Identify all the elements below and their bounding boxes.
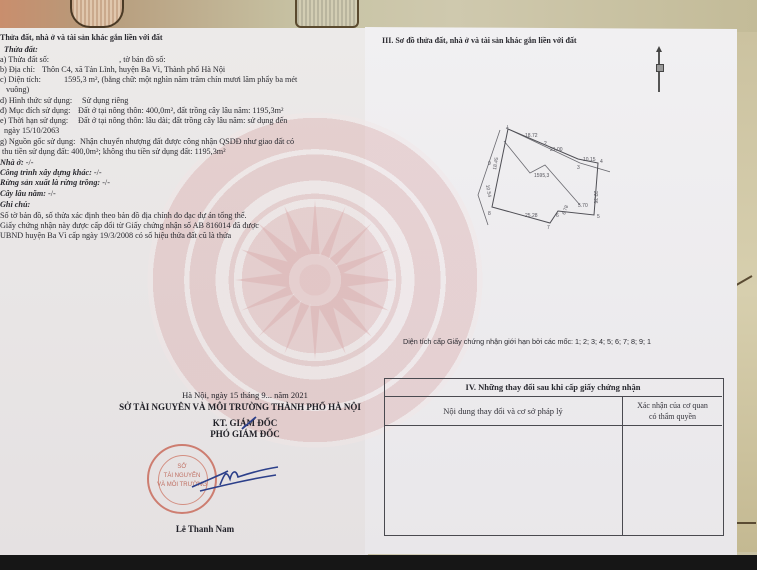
edge-label: 18.72: [525, 133, 538, 139]
area-continuation: vuông): [6, 85, 29, 95]
area-row: c) Diện tích: 1595,3 m², (bằng chữ: một …: [0, 75, 297, 85]
column-header-authority-confirmation: Xác nhận của cơ quan có thẩm quyền: [622, 397, 722, 425]
usage-form-label: d) Hình thức sử dụng:: [0, 96, 80, 106]
vertex-label: 7: [547, 225, 550, 230]
land-parcel-heading: Thửa đất:: [4, 45, 38, 55]
background-object: [295, 0, 359, 28]
vertex-label: 2: [544, 141, 547, 147]
vertex-label: 6: [556, 213, 559, 219]
vertex-label: 1: [506, 125, 509, 130]
plot-diagram: 18.72 21.00 10.15 22.36 5.70 6.78 25.28 …: [470, 125, 610, 230]
origin-row: g) Nguồn gốc sử dụng: Nhận chuyển nhượng…: [0, 137, 294, 147]
parcel-number-row: a) Thửa đất số: , tờ bản đồ số:: [0, 55, 166, 65]
asset-forest-row: Rừng sản xuất là rừng trồng: -/-: [0, 178, 110, 188]
asset-construction-value: -/-: [94, 168, 102, 177]
origin-label: g) Nguồn gốc sử dụng:: [0, 137, 78, 147]
address-value: Thôn C4, xã Tản Lĩnh, huyện Ba Vì, Thành…: [42, 65, 225, 74]
edge-label: 21.00: [550, 147, 563, 153]
boundary-markers-note: Diện tích cấp Giấy chứng nhận giới hạn b…: [403, 337, 651, 347]
handwritten-tick: [240, 415, 260, 431]
note-line-2: Giấy chứng nhận này được cấp đổi từ Giấy…: [0, 221, 259, 231]
plot-diagram-section-header: III. Sơ đồ thửa đất, nhà ở và tài sản kh…: [382, 36, 577, 46]
vertex-label: 5: [597, 214, 600, 220]
area-value: 1595,3 m², (bằng chữ: một nghìn năm trăm…: [64, 75, 297, 84]
note-line-1: Số tờ bản đồ, số thửa xác định theo bản …: [0, 211, 247, 221]
asset-construction-label: Công trình xây dựng khác:: [0, 168, 92, 177]
asset-house-row: Nhà ở: -/-: [0, 158, 34, 168]
edge-label: 18.45: [492, 157, 500, 171]
asset-construction-row: Công trình xây dựng khác: -/-: [0, 168, 102, 178]
area-label: c) Diện tích:: [0, 75, 62, 85]
edge-label: 5.70: [578, 203, 588, 209]
asset-house-value: -/-: [26, 158, 34, 167]
watermark-star-icon: [235, 200, 395, 360]
left-section-header: Thửa đất, nhà ở và tài sản khác gắn liền…: [0, 33, 163, 43]
issuing-authority: SỞ TÀI NGUYÊN VÀ MÔI TRƯỜNG THÀNH PHỐ HÀ…: [80, 402, 400, 412]
map-sheet-label: , tờ bản đồ số:: [119, 55, 165, 64]
changes-table-title: IV. Những thay đổi sau khi cấp giấy chứn…: [384, 378, 722, 397]
bottom-dark-edge: [0, 555, 757, 570]
notes-heading: Ghi chú:: [0, 200, 30, 210]
vertex-label: 9: [488, 161, 491, 167]
north-arrow-icon: [658, 50, 660, 92]
origin-continuation: thu tiền sử dụng đất: 400,0m²; không thu…: [2, 147, 226, 157]
background-object: [70, 0, 124, 28]
handwritten-signature: [190, 465, 280, 495]
usage-term-value: Đất ở tại nông thôn: lâu dài; đất trồng …: [78, 116, 287, 125]
vertex-label: 3: [577, 165, 580, 171]
asset-perennial-value: -/-: [48, 189, 56, 198]
usage-form-value: Sử dụng riêng: [82, 96, 128, 105]
vertex-label: 8: [488, 211, 491, 217]
parcel-area-label: 1595,3: [534, 173, 550, 179]
usage-term-continuation: ngày 15/10/2063: [4, 126, 59, 136]
edge-label: 22.36: [592, 191, 598, 204]
edge-label: 10.54: [484, 184, 492, 198]
parcel-number-label: a) Thửa đất số:: [0, 55, 49, 64]
address-row: b) Địa chỉ: Thôn C4, xã Tản Lĩnh, huyện …: [0, 65, 225, 75]
address-label: b) Địa chỉ:: [0, 65, 40, 75]
edge-label: 10.15: [583, 157, 596, 163]
origin-value: Nhận chuyển nhượng đất được công nhận QS…: [80, 137, 294, 146]
usage-purpose-value: Đất ở tại nông thôn: 400,0m², đất trồng …: [78, 106, 283, 115]
usage-term-label: e) Thời hạn sử dụng:: [0, 116, 76, 126]
usage-purpose-label: đ) Mục đích sử dụng:: [0, 106, 76, 116]
usage-purpose-row: đ) Mục đích sử dụng: Đất ở tại nông thôn…: [0, 106, 283, 116]
edge-label: 25.28: [525, 213, 538, 219]
asset-perennial-row: Cây lâu năm: -/-: [0, 189, 56, 199]
asset-forest-label: Rừng sản xuất là rừng trồng:: [0, 178, 100, 187]
signer-name: Lê Thanh Nam: [120, 524, 290, 534]
usage-term-row: e) Thời hạn sử dụng: Đất ở tại nông thôn…: [0, 116, 287, 126]
asset-perennial-label: Cây lâu năm:: [0, 189, 46, 198]
usage-form-row: d) Hình thức sử dụng: Sử dụng riêng: [0, 96, 128, 106]
asset-house-label: Nhà ở:: [0, 158, 24, 167]
note-line-3: UBND huyện Ba Vì cấp ngày 19/3/2008 có s…: [0, 231, 231, 241]
vertex-label: 4: [600, 159, 603, 165]
signature-date-line: Hà Nội, ngày 15 tháng 9... năm 2021: [120, 390, 370, 400]
edge-label: 6.78: [561, 204, 570, 215]
changes-table: IV. Những thay đổi sau khi cấp giấy chứn…: [384, 378, 724, 536]
asset-forest-value: -/-: [102, 178, 110, 187]
column-header-change-content: Nội dung thay đổi và cơ sở pháp lý: [384, 397, 622, 425]
